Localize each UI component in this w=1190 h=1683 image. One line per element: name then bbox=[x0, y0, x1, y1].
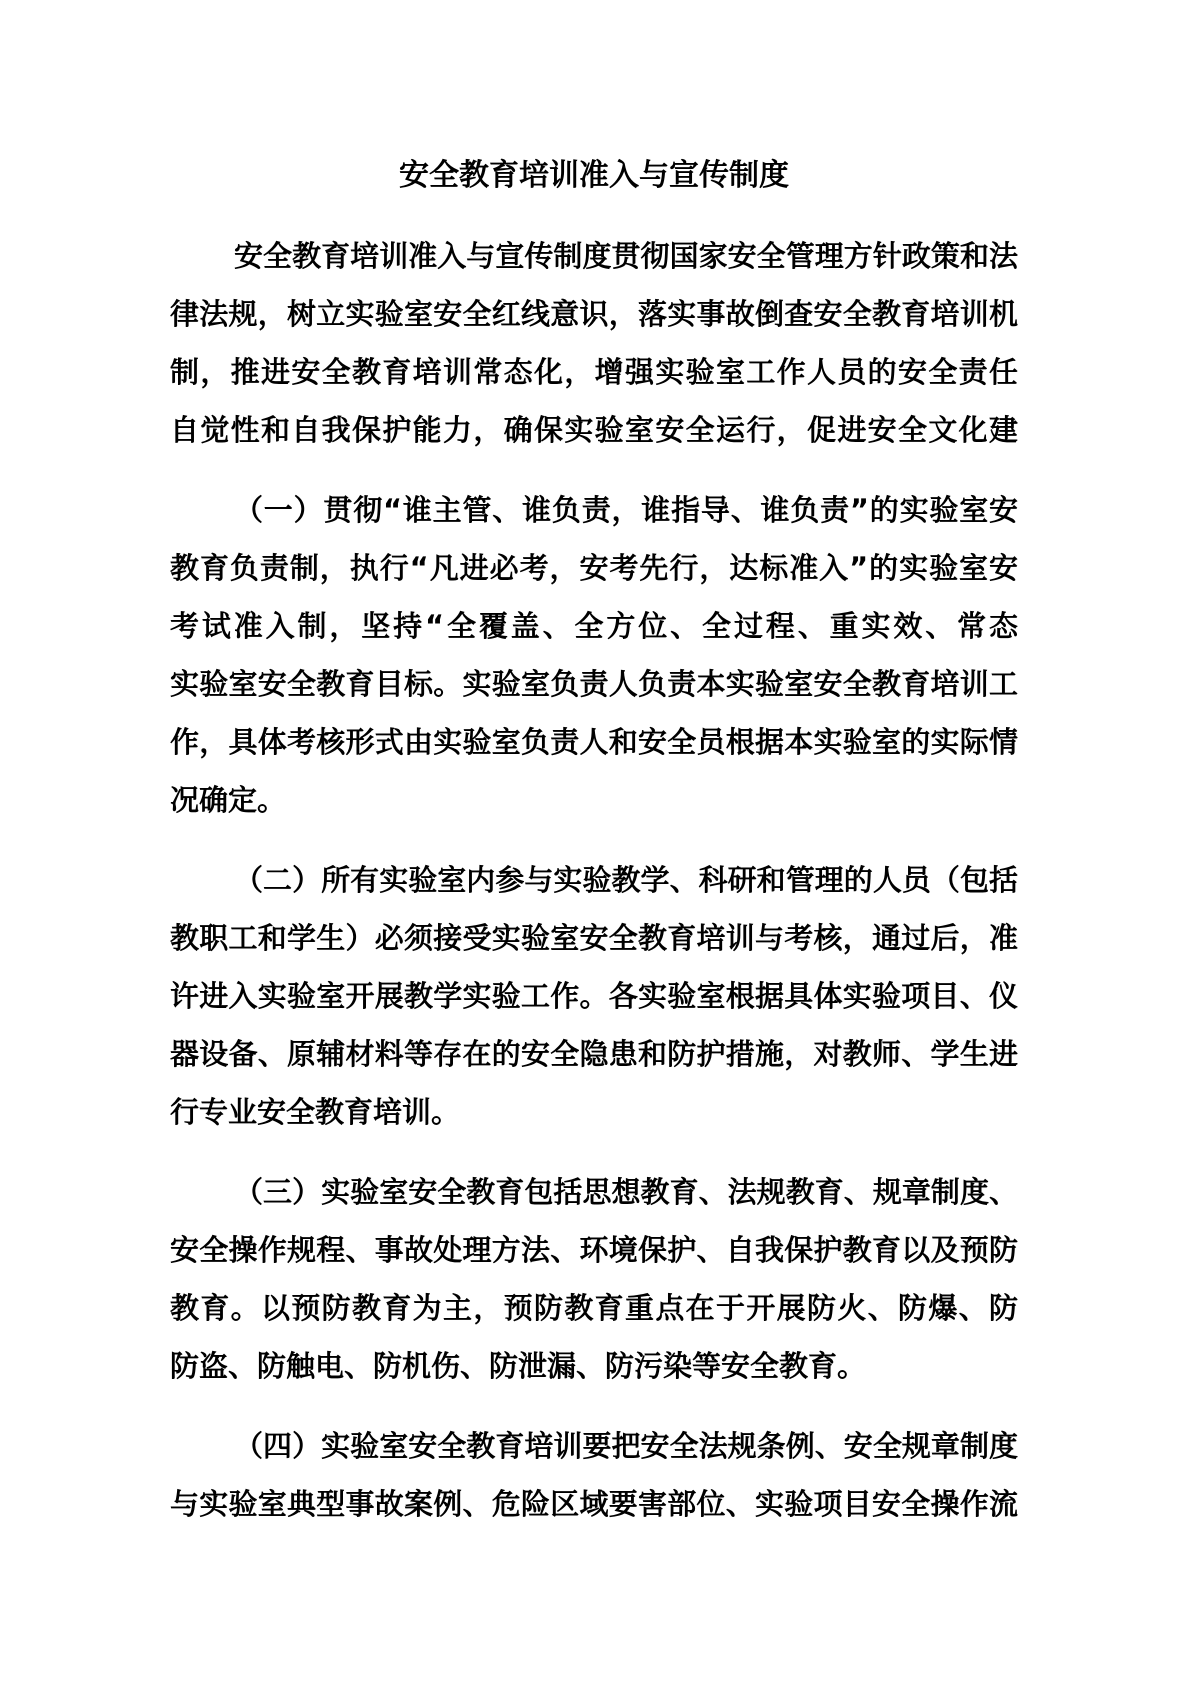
text-line: 行专业安全教育培训。 bbox=[170, 1083, 1018, 1141]
text-line: （三）实验室安全教育包括思想教育、法规教育、规章制度、 bbox=[170, 1163, 1018, 1221]
text-line: 教职工和学生）必须接受实验室安全教育培训与考核，通过后，准 bbox=[170, 909, 1018, 967]
text-line: （二）所有实验室内参与实验教学、科研和管理的人员（包括 bbox=[170, 851, 1018, 909]
text-line: 许进入实验室开展教学实验工作。各实验室根据具体实验项目、仪 bbox=[170, 967, 1018, 1025]
text-line: 安全教育培训准入与宣传制度贯彻国家安全管理方针政策和法 bbox=[170, 227, 1018, 285]
text-line: 教育负责制，执行“凡进必考，安考先行，达标准入”的实验室安全 bbox=[170, 539, 1018, 597]
text-line: 防盗、防触电、防机伤、防泄漏、防污染等安全教育。 bbox=[170, 1337, 1018, 1395]
text-line: 律法规，树立实验室安全红线意识，落实事故倒查安全教育培训机 bbox=[170, 285, 1018, 343]
text-line: 安全操作规程、事故处理方法、环境保护、自我保护教育以及预防 bbox=[170, 1221, 1018, 1279]
paragraph: 安全教育培训准入与宣传制度贯彻国家安全管理方针政策和法 律法规，树立实验室安全红… bbox=[170, 227, 1018, 459]
text-line: 作，具体考核形式由实验室负责人和安全员根据本实验室的实际情 bbox=[170, 713, 1018, 771]
text-line: 制，推进安全教育培训常态化，增强实验室工作人员的安全责任心、 bbox=[170, 343, 1018, 401]
text-line: 与实验室典型事故案例、危险区域要害部位、实验项目安全操作流 bbox=[170, 1475, 1018, 1533]
paragraph: （一）贯彻“谁主管、谁负责，谁指导、谁负责”的实验室安全 教育负责制，执行“凡进… bbox=[170, 481, 1018, 829]
document-content: 安全教育培训准入与宣传制度 安全教育培训准入与宣传制度贯彻国家安全管理方针政策和… bbox=[170, 147, 1018, 1555]
text-line: 教育。以预防教育为主，预防教育重点在于开展防火、防爆、防毒、 bbox=[170, 1279, 1018, 1337]
paragraph: （二）所有实验室内参与实验教学、科研和管理的人员（包括 教职工和学生）必须接受实… bbox=[170, 851, 1018, 1141]
text-line: 考试准入制，坚持“全覆盖、全方位、全过程、重实效、常态化”的 bbox=[170, 597, 1018, 655]
text-line: （一）贯彻“谁主管、谁负责，谁指导、谁负责”的实验室安全 bbox=[170, 481, 1018, 539]
paragraph: （三）实验室安全教育包括思想教育、法规教育、规章制度、 安全操作规程、事故处理方… bbox=[170, 1163, 1018, 1395]
text-line: 自觉性和自我保护能力，确保实验室安全运行，促进安全文化建设。 bbox=[170, 401, 1018, 459]
paragraph: （四）实验室安全教育培训要把安全法规条例、安全规章制度 与实验室典型事故案例、危… bbox=[170, 1417, 1018, 1533]
text-line: 实验室安全教育目标。实验室负责人负责本实验室安全教育培训工 bbox=[170, 655, 1018, 713]
text-line: （四）实验室安全教育培训要把安全法规条例、安全规章制度 bbox=[170, 1417, 1018, 1475]
text-line: 况确定。 bbox=[170, 771, 1018, 829]
text-line: 器设备、原辅材料等存在的安全隐患和防护措施，对教师、学生进 bbox=[170, 1025, 1018, 1083]
document-title: 安全教育培训准入与宣传制度 bbox=[170, 147, 1018, 205]
document-page: 安全教育培训准入与宣传制度 安全教育培训准入与宣传制度贯彻国家安全管理方针政策和… bbox=[0, 0, 1190, 1683]
